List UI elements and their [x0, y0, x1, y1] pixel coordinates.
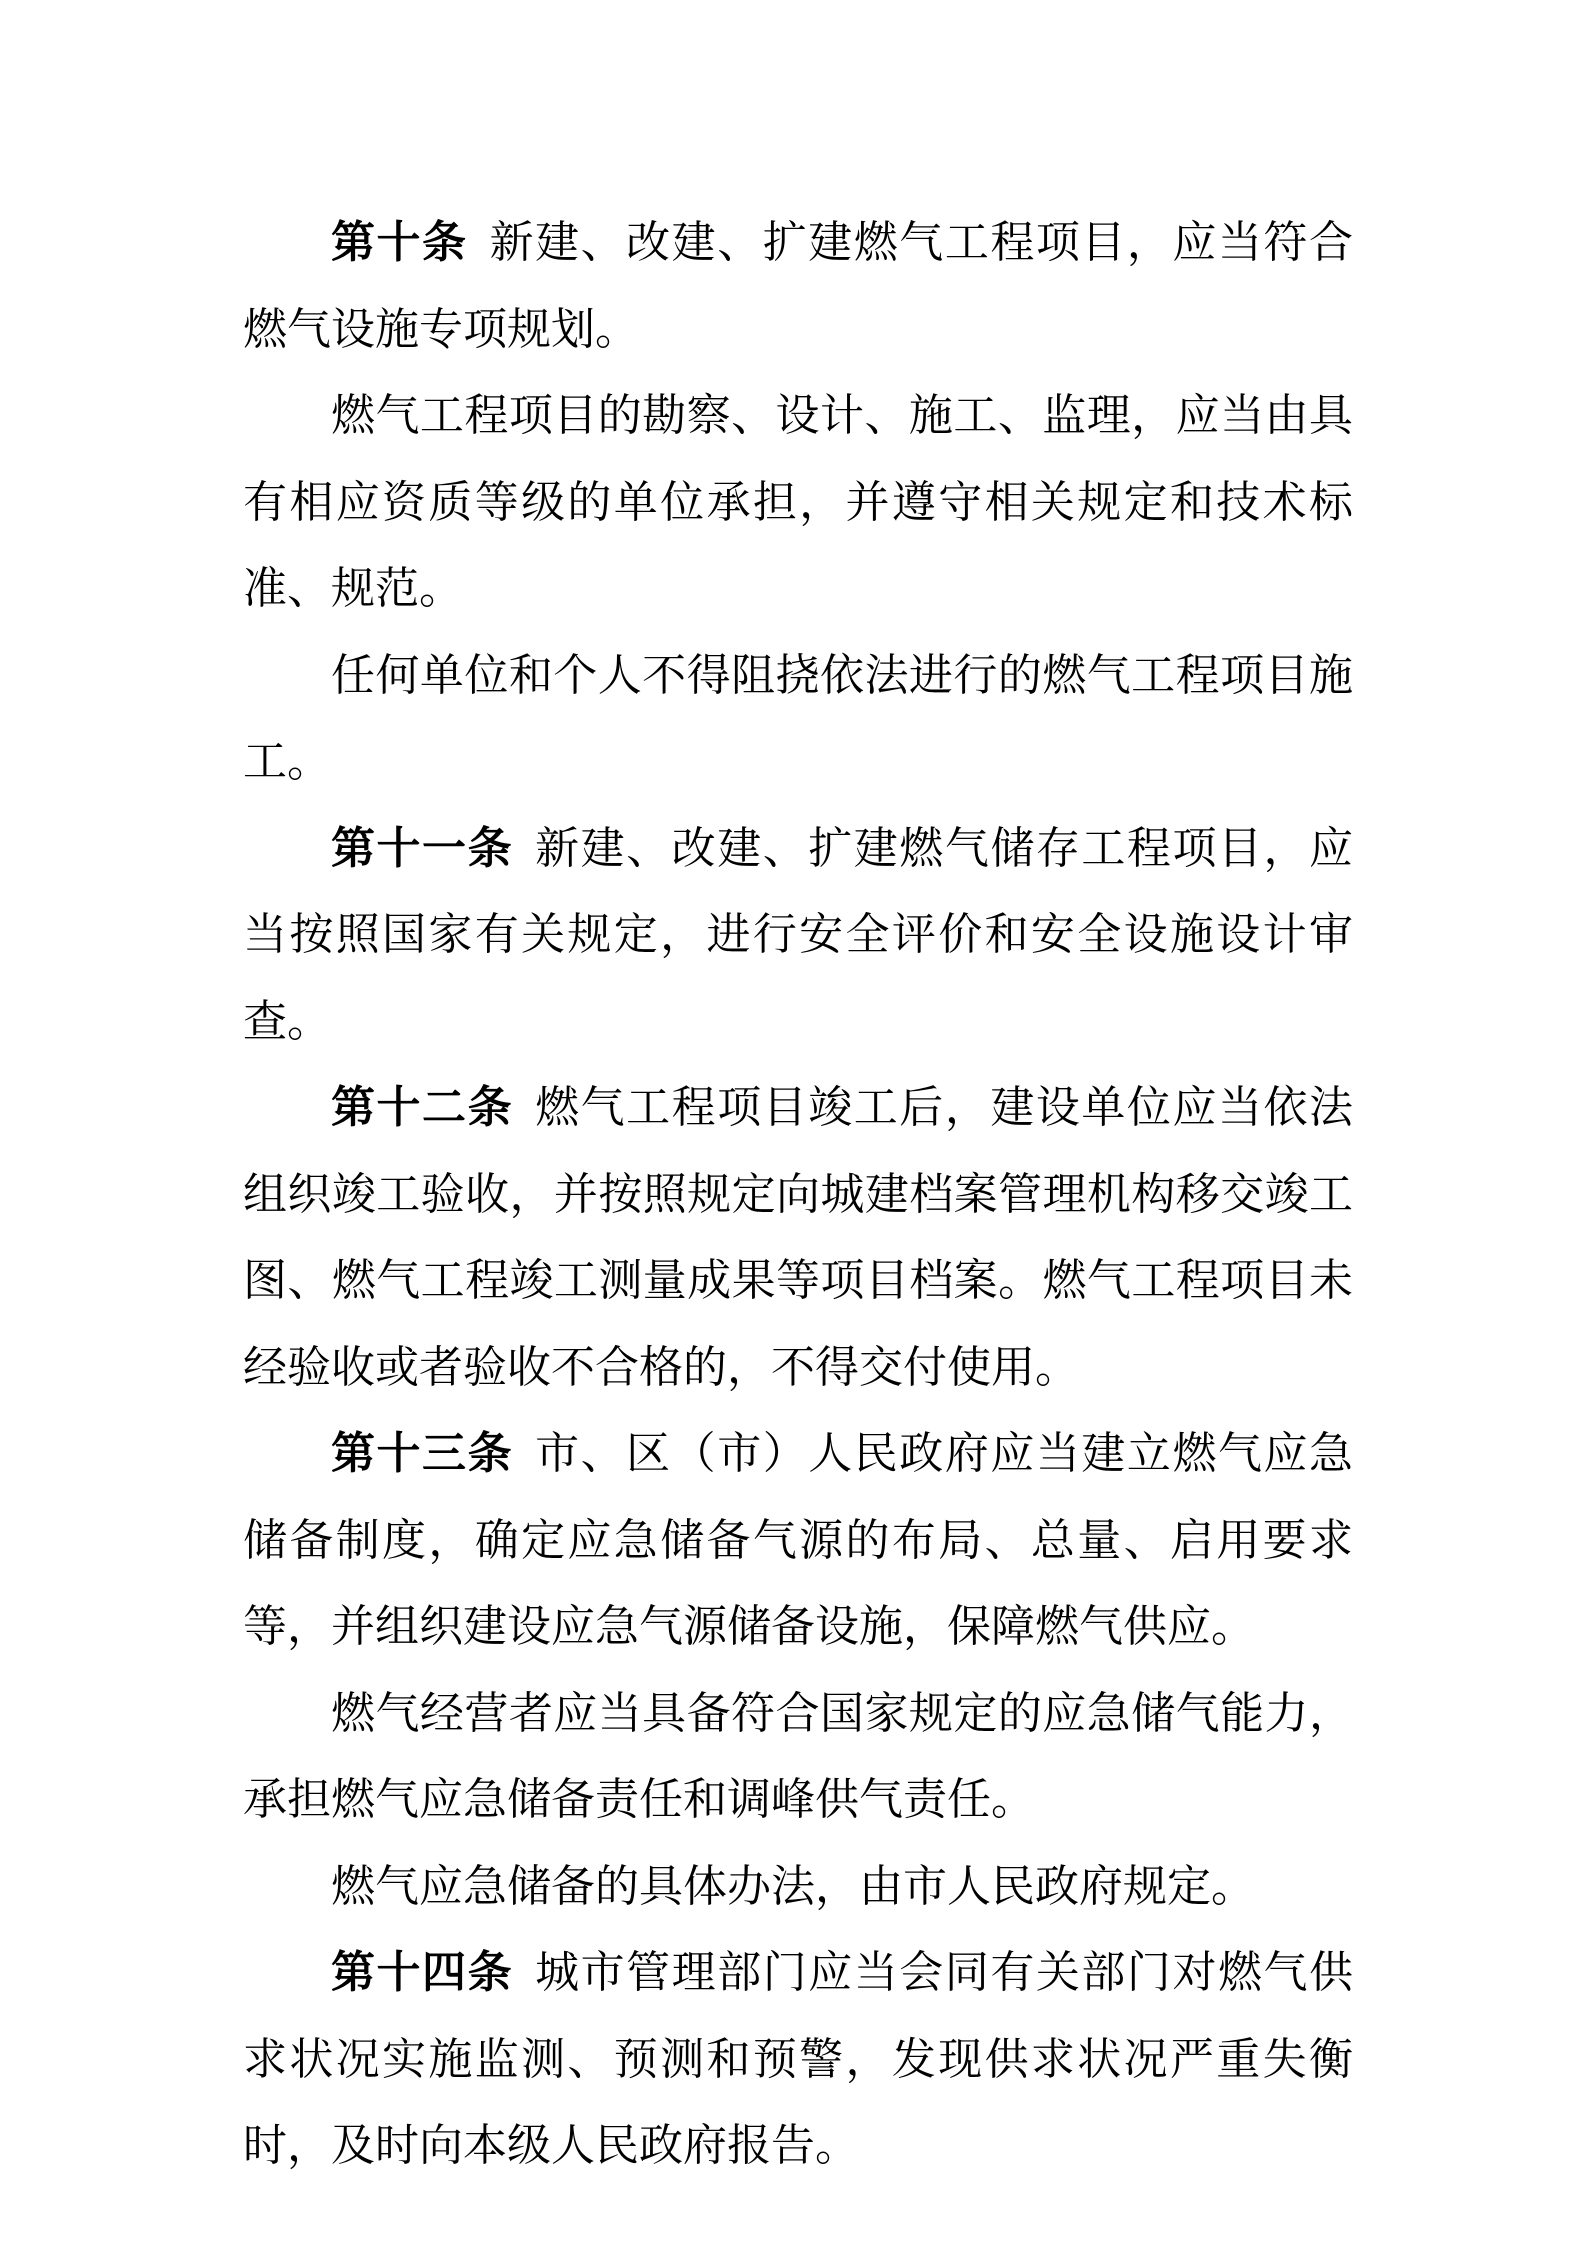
document-page: 第十条新建、改建、扩建燃气工程项目，应当符合燃气设施专项规划。 燃气工程项目的勘…	[243, 200, 1353, 2190]
paragraph-article-13-clause-2: 燃气经营者应当具备符合国家规定的应急储气能力，承担燃气应急储备责任和调峰供气责任…	[243, 1671, 1353, 1844]
article-number: 第十三条	[331, 1428, 513, 1479]
article-number: 第十四条	[331, 1947, 513, 1998]
paragraph-article-10: 第十条新建、改建、扩建燃气工程项目，应当符合燃气设施专项规划。	[243, 200, 1353, 373]
paragraph-article-10-clause-2: 燃气工程项目的勘察、设计、施工、监理，应当由具有相应资质等级的单位承担，并遵守相…	[243, 373, 1353, 633]
article-number: 第十条	[331, 217, 468, 268]
paragraph-article-10-clause-3: 任何单位和个人不得阻挠依法进行的燃气工程项目施工。	[243, 633, 1353, 806]
paragraph-article-13: 第十三条市、区（市）人民政府应当建立燃气应急储备制度，确定应急储备气源的布局、总…	[243, 1411, 1353, 1671]
paragraph-article-13-clause-3: 燃气应急储备的具体办法，由市人民政府规定。	[243, 1844, 1353, 1931]
paragraph-text: 任何单位和个人不得阻挠依法进行的燃气工程项目施工。	[243, 650, 1353, 788]
paragraph-text: 燃气应急储备的具体办法，由市人民政府规定。	[331, 1861, 1255, 1912]
paragraph-text: 燃气经营者应当具备符合国家规定的应急储气能力，承担燃气应急储备责任和调峰供气责任…	[243, 1688, 1353, 1826]
paragraph-article-12: 第十二条燃气工程项目竣工后，建设单位应当依法组织竣工验收，并按照规定向城建档案管…	[243, 1065, 1353, 1411]
article-number: 第十一条	[331, 823, 513, 874]
paragraph-article-14: 第十四条城市管理部门应当会同有关部门对燃气供求状况实施监测、预测和预警，发现供求…	[243, 1930, 1353, 2190]
article-number: 第十二条	[331, 1082, 513, 1133]
paragraph-text: 燃气工程项目的勘察、设计、施工、监理，应当由具有相应资质等级的单位承担，并遵守相…	[243, 390, 1353, 614]
paragraph-article-11: 第十一条新建、改建、扩建燃气储存工程项目，应当按照国家有关规定，进行安全评价和安…	[243, 806, 1353, 1066]
